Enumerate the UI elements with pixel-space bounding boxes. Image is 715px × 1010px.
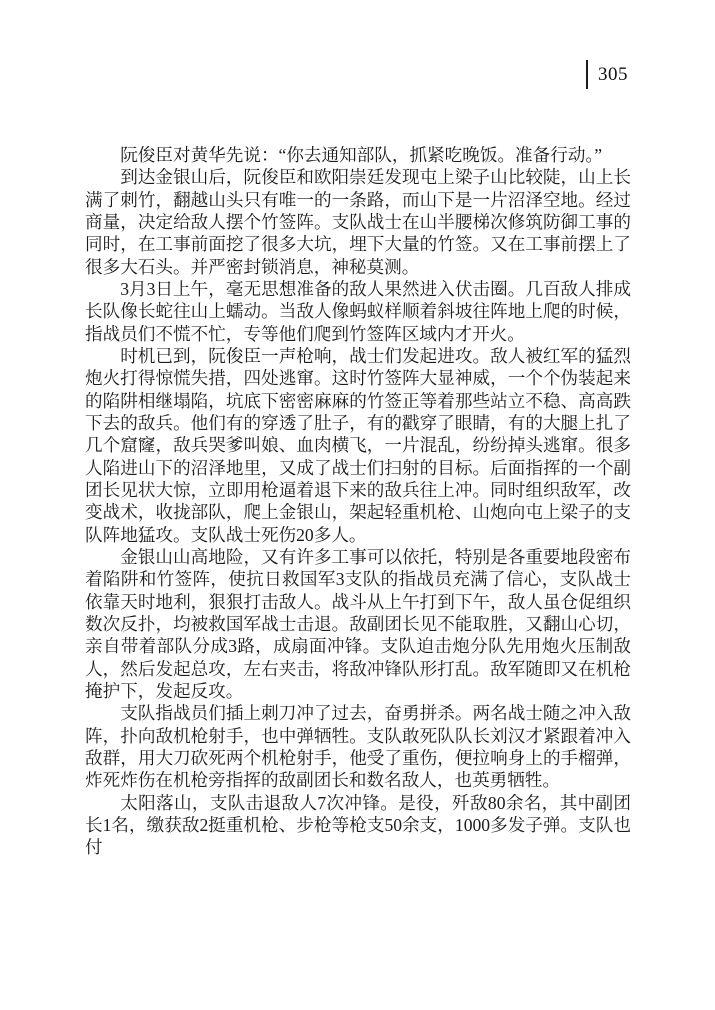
body-text: 阮俊臣对黄华先说：“你去通知部队，抓紧吃晚饭。准备行动。”到达金银山后，阮俊臣和… [85, 144, 631, 859]
paragraph: 阮俊臣对黄华先说：“你去通知部队，抓紧吃晚饭。准备行动。” [85, 144, 631, 166]
page-number: 305 [598, 64, 628, 86]
paragraph: 金银山山高地险，又有许多工事可以依托，特别是各重要地段密布着陷阱和竹签阵，使抗日… [85, 546, 631, 702]
paragraph: 到达金银山后，阮俊臣和欧阳崇廷发现屯上梁子山比较陡，山上长满了刺竹，翻越山头只有… [85, 166, 631, 278]
paragraph: 3月3日上午，毫无思想准备的敌人果然进入伏击圈。几百敌人排成长队像长蛇往山上蠕动… [85, 278, 631, 345]
page-header: 305 [586, 60, 628, 89]
paragraph: 太阳落山，支队击退敌人7次冲锋。是役，歼敌80余名，其中副团长1名，缴获敌2挺重… [85, 792, 631, 859]
paragraph: 支队指战员们插上刺刀冲了过去，奋勇拼杀。两名战士随之冲入敌阵，扑向敌机枪射手，也… [85, 702, 631, 791]
page-number-rule [586, 60, 588, 89]
paragraph: 时机已到，阮俊臣一声枪响，战士们发起进攻。敌人被红军的猛烈炮火打得惊慌失措，四处… [85, 345, 631, 546]
page: 305 阮俊臣对黄华先说：“你去通知部队，抓紧吃晚饭。准备行动。”到达金银山后，… [0, 0, 715, 1010]
